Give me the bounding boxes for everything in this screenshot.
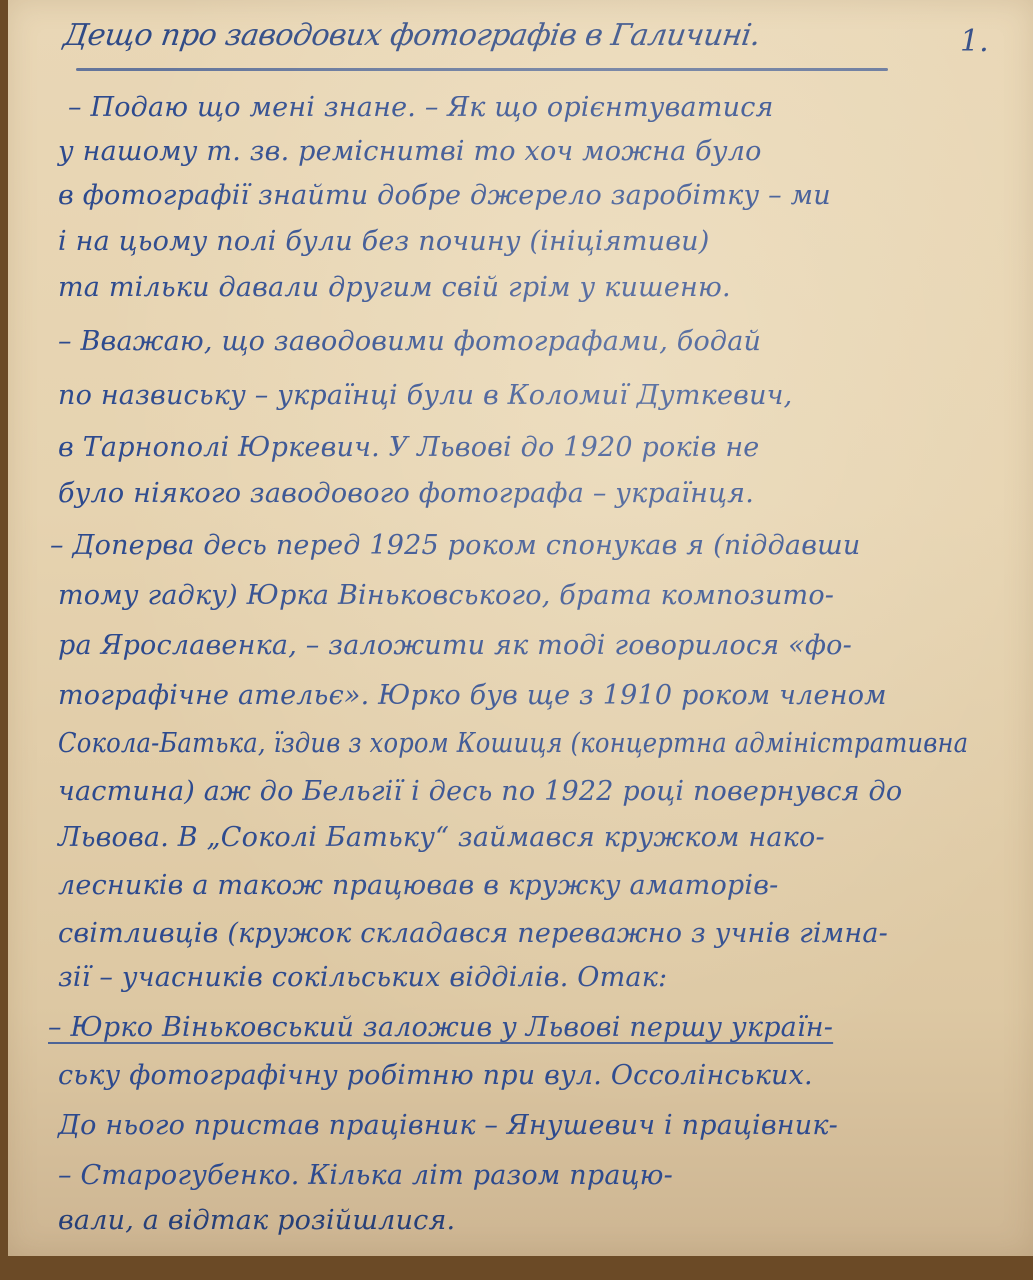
text-line: було ніякого заводового фотографа – укра… — [58, 478, 754, 509]
text-line: – Старогубенко. Кілька літ разом працю- — [58, 1160, 673, 1191]
text-line-underlined: – Юрко Віньковський заложив у Львові пер… — [48, 1012, 833, 1043]
text-line: ра Ярославенка, – заложити як тоді говор… — [58, 630, 852, 661]
manuscript-page: Дещо про заводових фотографів в Галичині… — [8, 0, 1033, 1256]
text-line: світливців (кружок складався переважно з… — [58, 918, 888, 949]
text-line: тографічне ательє». Юрко був ще з 1910 р… — [58, 680, 887, 711]
text-line: ську фотографічну робітню при вул. Оссол… — [58, 1060, 813, 1091]
document-title: Дещо про заводових фотографів в Галичині… — [62, 18, 763, 53]
text-line: в Тарнополі Юркевич. У Львові до 1920 ро… — [58, 432, 759, 463]
text-line: зії – учасників сокільських відділів. От… — [58, 962, 667, 993]
text-line: у нашому т. зв. реміснитві то хоч можна … — [58, 136, 762, 167]
text-line: лесників а також працював в кружку амато… — [58, 870, 778, 901]
text-line: та тільки давали другим свій грім у кише… — [58, 272, 731, 303]
text-line: – Доперва десь перед 1925 роком спонукав… — [50, 530, 861, 561]
text-line: в фотографії знайти добре джерело заробі… — [58, 180, 831, 211]
title-underline — [76, 68, 888, 71]
page-number: 1. — [960, 24, 989, 59]
text-line: і на цьому полі були без почину (ініціят… — [58, 226, 709, 257]
text-line: частина) аж до Бельгії і десь по 1922 ро… — [58, 776, 902, 807]
text-line: тому гадку) Юрка Віньковського, брата ко… — [58, 580, 834, 611]
text-line: Сокола-Батька, їздив з хором Кошиця (кон… — [58, 728, 968, 759]
text-line: – Вважаю, що заводовими фотографами, бод… — [58, 326, 761, 357]
text-line: До нього пристав працівник – Янушевич і … — [58, 1110, 838, 1141]
text-line: Львова. В „Соколі Батьку“ займався кружк… — [58, 822, 825, 853]
text-line: вали, а відтак розійшлися. — [58, 1205, 455, 1236]
text-line: по назвиську – українці були в Коломиї Д… — [58, 380, 792, 411]
text-line: – Подаю що мені знане. – Як що орієнтува… — [68, 92, 774, 123]
